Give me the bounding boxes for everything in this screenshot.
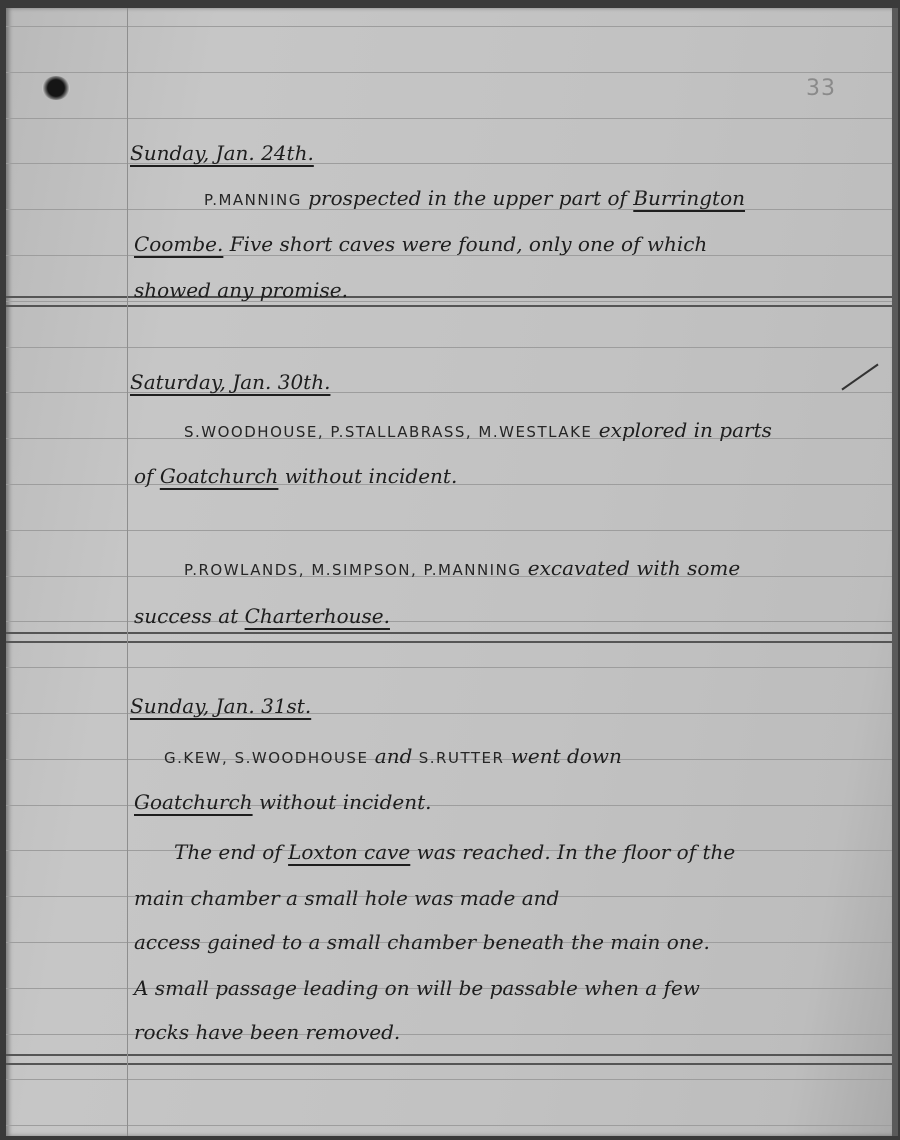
text-segment: The end of <box>174 840 288 864</box>
section-divider <box>6 1054 892 1065</box>
entry-text-line: The end of Loxton cave was reached. In t… <box>174 840 735 864</box>
text-segment: of <box>134 464 160 488</box>
ruled-line <box>6 1079 892 1080</box>
ruled-line <box>6 118 892 119</box>
entry-date: Sunday, Jan. 31st. <box>130 694 311 718</box>
cave-name: Loxton cave <box>288 840 410 864</box>
text-segment: explored in parts <box>592 418 772 442</box>
text-segment: rocks have been removed. <box>134 1020 400 1044</box>
entry-text-line: S.WOODHOUSE, P.STALLABRASS, M.WESTLAKE e… <box>184 418 772 442</box>
entry-text-line: P.ROWLANDS, M.SIMPSON, P.MANNING excavat… <box>184 556 740 580</box>
member-names: S.RUTTER <box>419 749 505 767</box>
text-segment: without incident. <box>278 464 457 488</box>
text-segment: excavated with some <box>521 556 740 580</box>
text-segment: showed any promise. <box>134 278 348 302</box>
entry-text-line: showed any promise. <box>134 278 348 302</box>
entry-date: Saturday, Jan. 30th. <box>130 370 330 394</box>
ruled-line <box>6 530 892 531</box>
ruled-line <box>6 72 892 73</box>
entry-text-line: of Goatchurch without incident. <box>134 464 457 488</box>
member-names: G.KEW, S.WOODHOUSE <box>164 749 368 767</box>
ruled-line <box>6 1125 892 1126</box>
member-names: P.ROWLANDS, M.SIMPSON, P.MANNING <box>184 561 521 579</box>
text-segment: success at <box>134 604 245 628</box>
entry-date: Sunday, Jan. 24th. <box>130 141 314 165</box>
entry-text-line: G.KEW, S.WOODHOUSE and S.RUTTER went dow… <box>164 744 622 768</box>
cave-name: Burrington <box>633 186 745 210</box>
text-segment: Five short caves were found, only one of… <box>223 232 707 256</box>
margin-line <box>127 8 128 1136</box>
entry-text-line: main chamber a small hole was made and <box>134 886 559 910</box>
punch-hole <box>42 76 70 100</box>
entry-text-line: Goatchurch without incident. <box>134 790 432 814</box>
text-segment: main chamber a small hole was made and <box>134 886 559 910</box>
ruled-line <box>6 667 892 668</box>
text-segment: was reached. In the floor of the <box>410 840 735 864</box>
pen-stroke-mark <box>841 364 878 391</box>
text-segment: A small passage leading on will be passa… <box>134 976 700 1000</box>
cave-name: Charterhouse. <box>245 604 390 628</box>
member-names: P.MANNING <box>204 191 302 209</box>
text-segment: access gained to a small chamber beneath… <box>134 930 710 954</box>
text-segment: and <box>368 744 418 768</box>
entry-text-line: Coombe. Five short caves were found, onl… <box>134 232 707 256</box>
text-segment: went down <box>504 744 621 768</box>
cave-name: Goatchurch <box>134 790 253 814</box>
entry-text-line: rocks have been removed. <box>134 1020 400 1044</box>
entry-text-line: P.MANNING prospected in the upper part o… <box>204 186 745 210</box>
text-segment: prospected in the upper part of <box>302 186 633 210</box>
notebook-page: 33 Sunday, Jan. 24th.P.MANNING prospecte… <box>6 8 898 1136</box>
entry-text-line: success at Charterhouse. <box>134 604 390 628</box>
text-segment: without incident. <box>253 790 432 814</box>
entry-text-line: access gained to a small chamber beneath… <box>134 930 710 954</box>
cave-name: Coombe. <box>134 232 223 256</box>
entry-text-line: A small passage leading on will be passa… <box>134 976 700 1000</box>
ruled-line <box>6 26 892 27</box>
ruled-line <box>6 347 892 348</box>
member-names: S.WOODHOUSE, P.STALLABRASS, M.WESTLAKE <box>184 423 592 441</box>
section-divider <box>6 632 892 643</box>
cave-name: Goatchurch <box>160 464 279 488</box>
page-number: 33 <box>806 76 836 101</box>
